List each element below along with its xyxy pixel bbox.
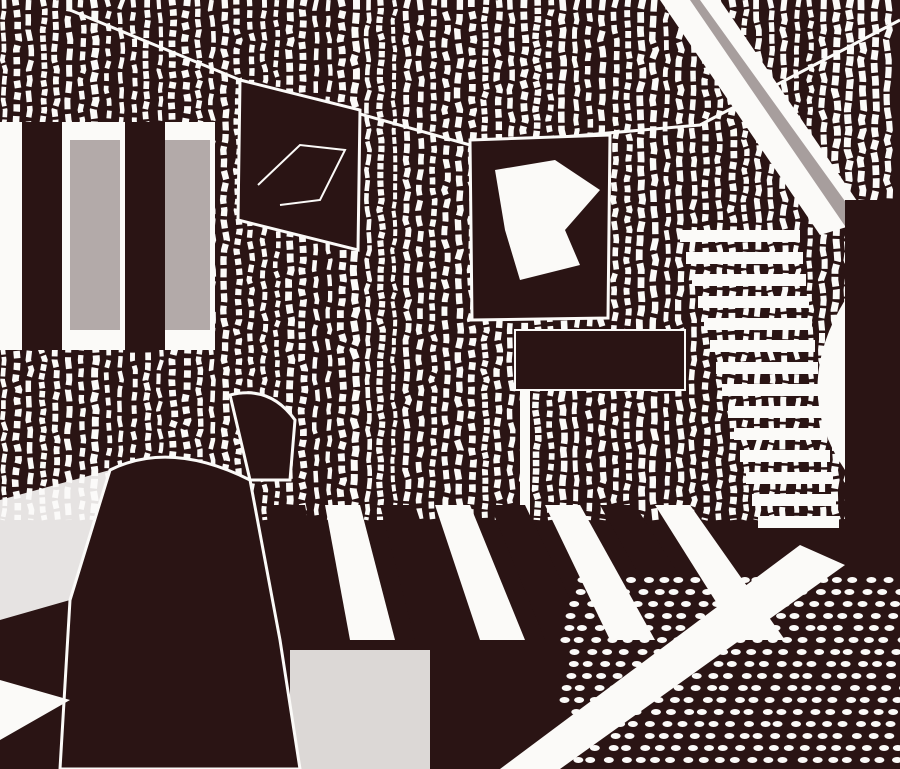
table-top xyxy=(515,330,685,390)
woodcut-artwork xyxy=(0,0,900,769)
panel-stripe xyxy=(125,122,165,350)
right-wall xyxy=(845,200,900,570)
panel-texture xyxy=(70,140,120,330)
woodcut-print xyxy=(0,0,900,769)
panel-stripe xyxy=(22,122,62,350)
banner-bird xyxy=(238,80,360,250)
panel-texture xyxy=(165,140,210,330)
floor-patch xyxy=(290,650,430,769)
